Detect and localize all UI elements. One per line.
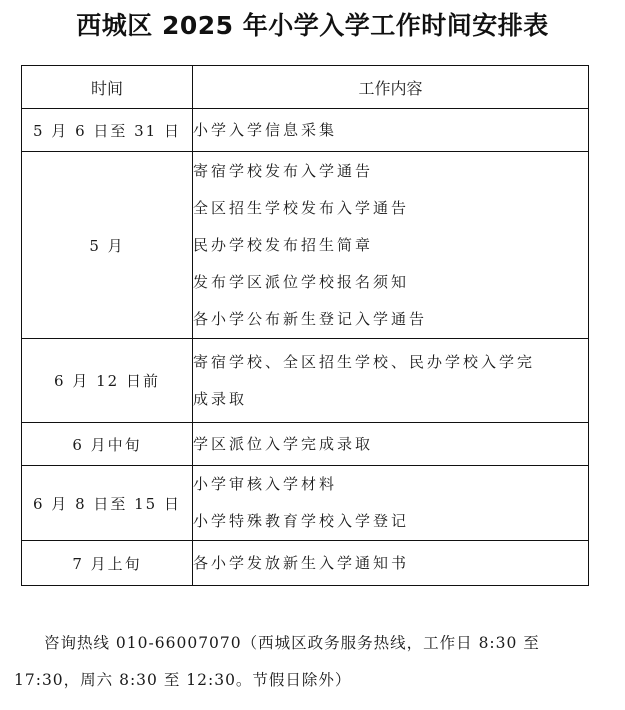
table-row: 6 月中旬 学区派位入学完成录取 (22, 423, 589, 466)
content-item: 全区招生学校发布入学通告 (193, 190, 588, 227)
content-item: 寄宿学校、全区招生学校、民办学校入学完 (193, 344, 588, 381)
content-item: 学区派位入学完成录取 (193, 426, 588, 463)
table-row: 5 月 寄宿学校发布入学通告 全区招生学校发布入学通告 民办学校发布招生简章 发… (22, 152, 589, 339)
table-row: 6 月 12 日前 寄宿学校、全区招生学校、民办学校入学完 成录取 (22, 339, 589, 423)
content-item: 小学入学信息采集 (193, 112, 588, 149)
content-cell: 小学入学信息采集 (193, 109, 589, 152)
content-item: 寄宿学校发布入学通告 (193, 153, 588, 190)
time-cell: 5 月 6 日至 31 日 (22, 109, 193, 152)
content-cell: 寄宿学校、全区招生学校、民办学校入学完 成录取 (193, 339, 589, 423)
hotline-note: 咨询热线 010-66007070（西城区政务服务热线，工作日 8:30 至 1… (14, 625, 604, 699)
content-cell: 各小学发放新生入学通知书 (193, 541, 589, 586)
table-row: 7 月上旬 各小学发放新生入学通知书 (22, 541, 589, 586)
schedule-table: 时间 工作内容 5 月 6 日至 31 日 小学入学信息采集 5 月 寄宿学校发… (21, 65, 589, 586)
column-header-time: 时间 (22, 66, 193, 109)
time-cell: 5 月 (22, 152, 193, 339)
table-header-row: 时间 工作内容 (22, 66, 589, 109)
content-item: 小学特殊教育学校入学登记 (193, 503, 588, 540)
time-cell: 6 月 12 日前 (22, 339, 193, 423)
time-cell: 7 月上旬 (22, 541, 193, 586)
table-row: 5 月 6 日至 31 日 小学入学信息采集 (22, 109, 589, 152)
content-cell: 学区派位入学完成录取 (193, 423, 589, 466)
time-cell: 6 月中旬 (22, 423, 193, 466)
content-item: 成录取 (193, 381, 588, 418)
time-cell: 6 月 8 日至 15 日 (22, 466, 193, 541)
column-header-content: 工作内容 (193, 66, 589, 109)
table-row: 6 月 8 日至 15 日 小学审核入学材料 小学特殊教育学校入学登记 (22, 466, 589, 541)
content-item: 发布学区派位学校报名须知 (193, 264, 588, 301)
content-cell: 寄宿学校发布入学通告 全区招生学校发布入学通告 民办学校发布招生简章 发布学区派… (193, 152, 589, 339)
content-item: 各小学公布新生登记入学通告 (193, 301, 588, 338)
document-title: 西城区 2025 年小学入学工作时间安排表 (0, 6, 625, 42)
content-cell: 小学审核入学材料 小学特殊教育学校入学登记 (193, 466, 589, 541)
content-item: 民办学校发布招生简章 (193, 227, 588, 264)
content-item: 小学审核入学材料 (193, 466, 588, 503)
content-item: 各小学发放新生入学通知书 (193, 545, 588, 582)
